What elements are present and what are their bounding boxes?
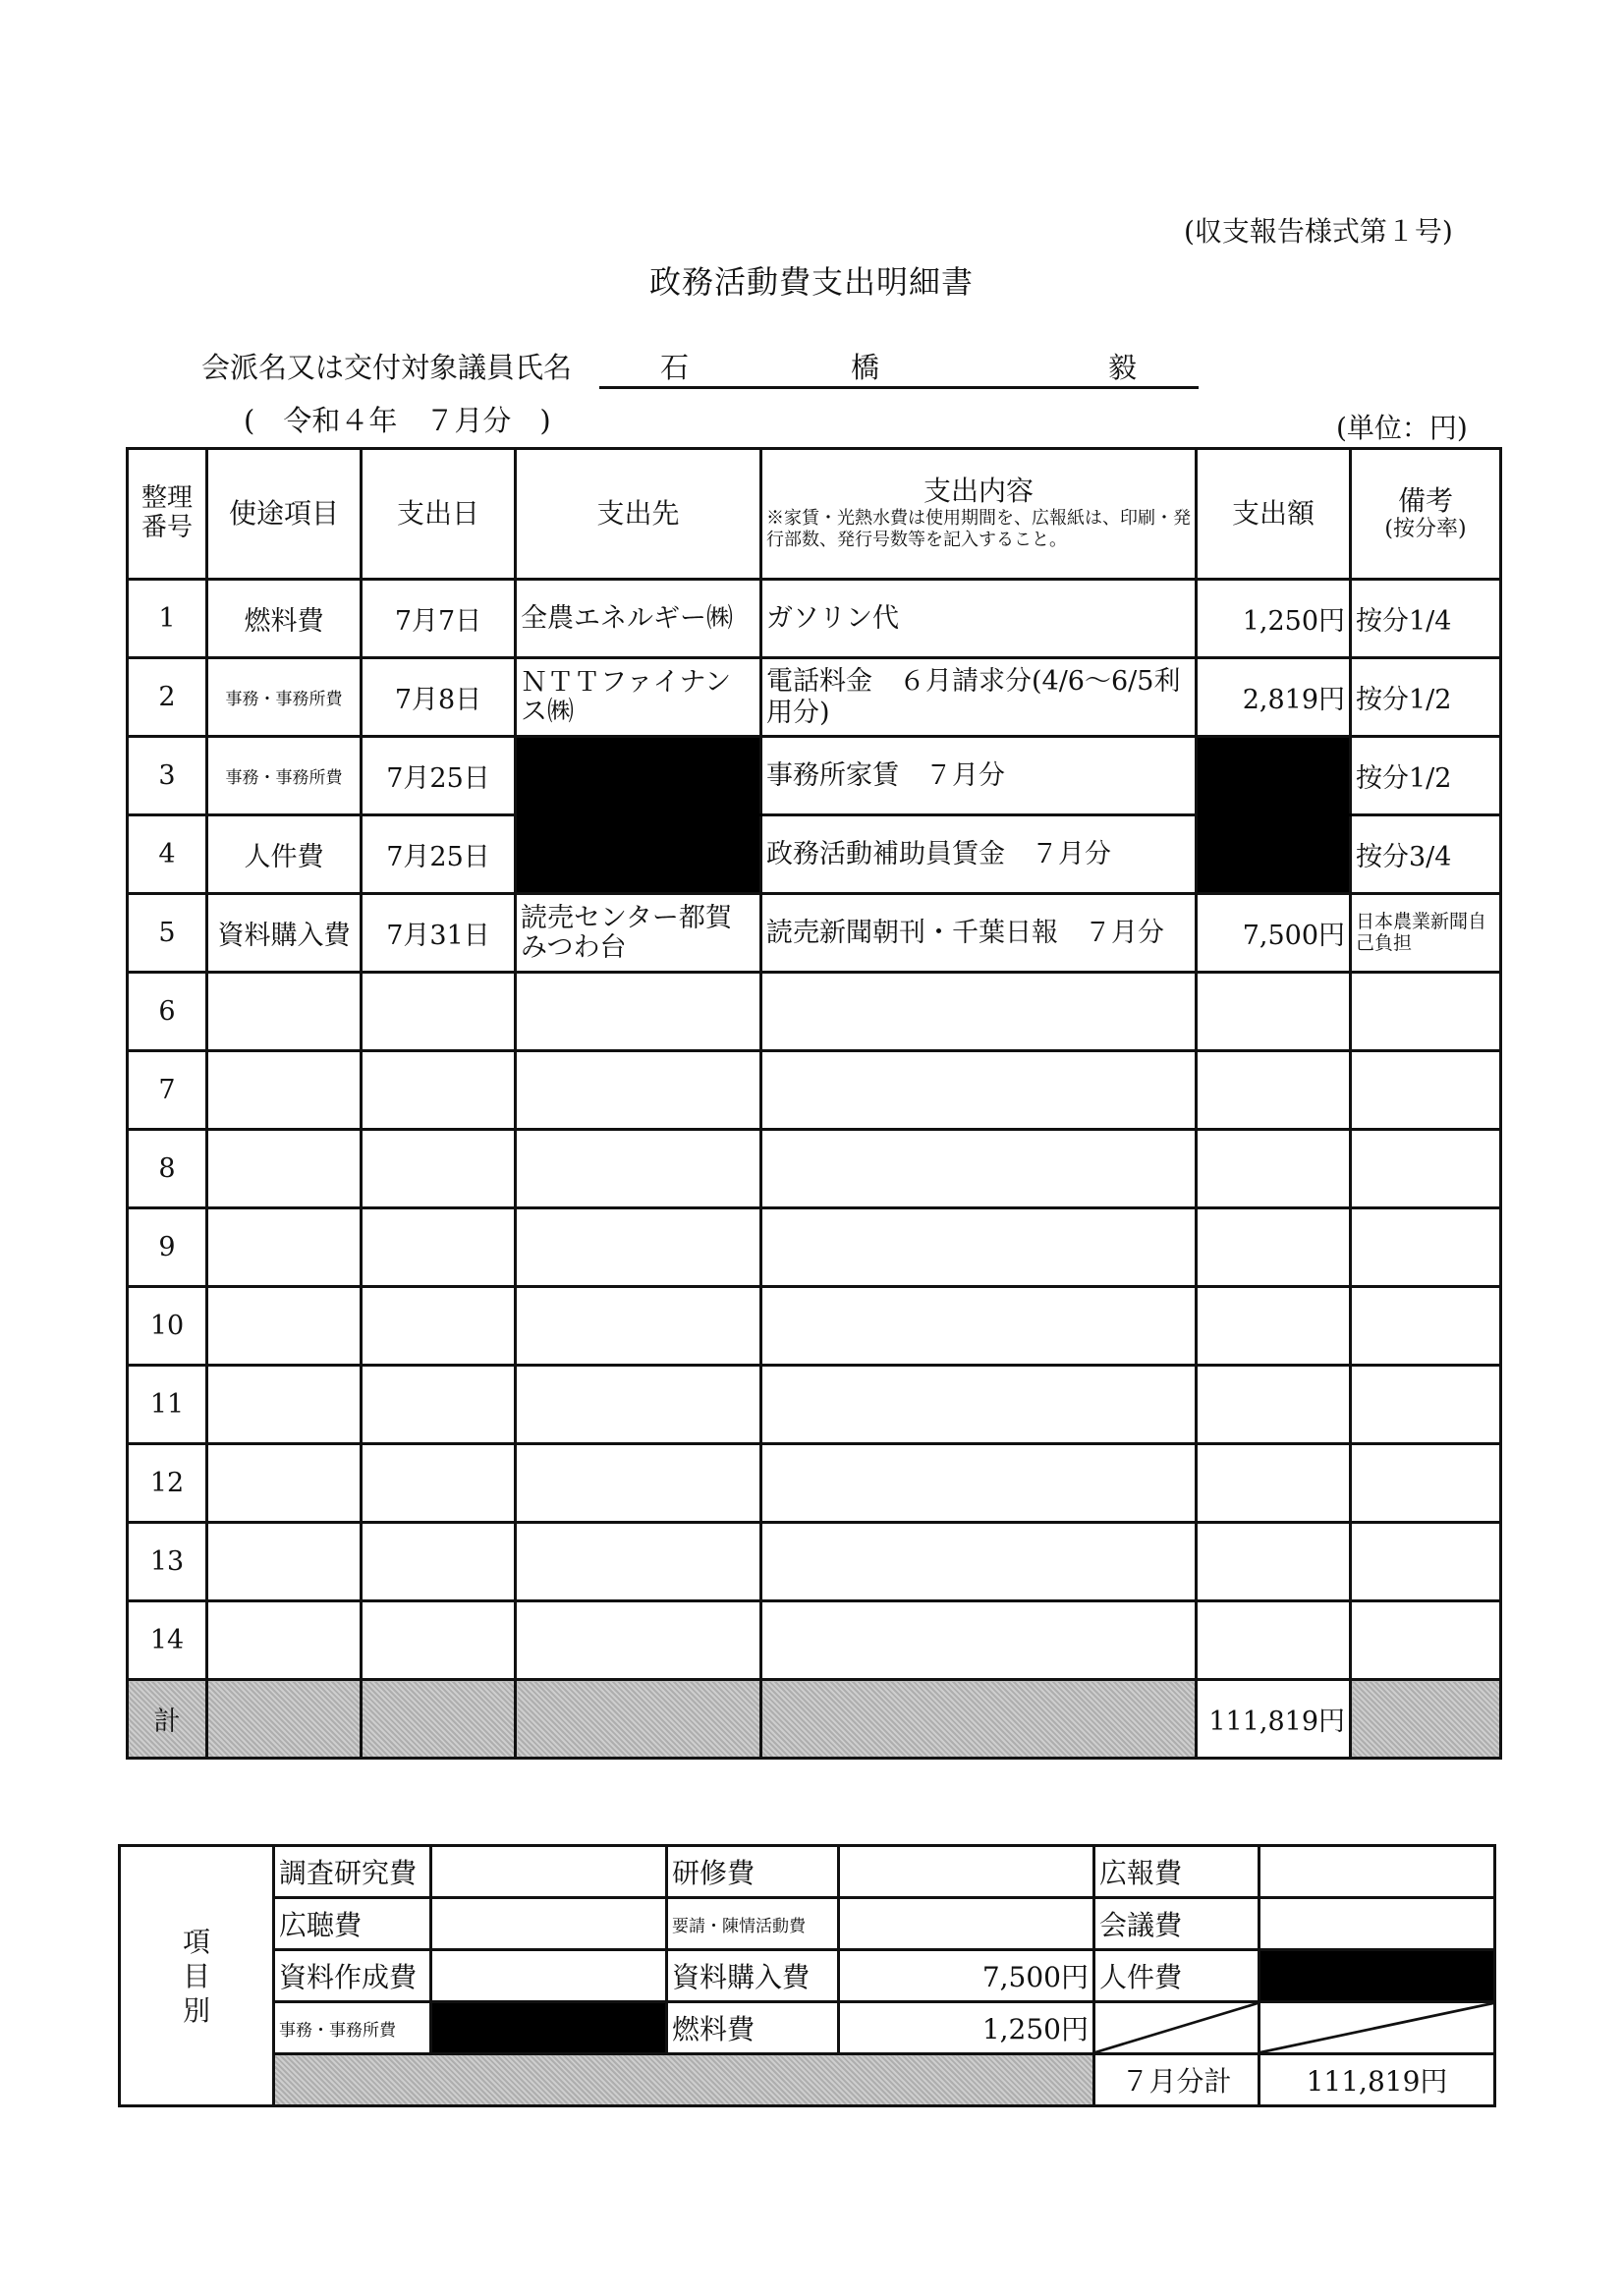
table-row: 6 [128,973,1501,1051]
summary-value [431,1846,667,1898]
row-date: 7月7日 [362,580,516,658]
row-use: 燃料費 [207,580,362,658]
month-total-value: 111,819円 [1259,2054,1495,2106]
row-note: 按分1/4 [1351,580,1501,658]
row-date: 7月25日 [362,737,516,815]
row-date [362,1130,516,1208]
form-number: (収支報告様式第１号) [1184,210,1453,250]
table-row: 7 [128,1051,1501,1130]
row-date: 7月25日 [362,815,516,894]
summary-side-label: 項目別 [120,1846,274,2106]
month-total-label: ７月分計 [1094,2054,1259,2106]
reporting-period: ( 令和４年 ７月分 ) [244,399,551,439]
member-name-part: 石 [660,346,689,386]
header-no: 整理番号 [128,449,207,580]
row-payee [516,1366,761,1444]
row-number: 5 [128,894,207,973]
row-content [761,1444,1197,1523]
row-date [362,1601,516,1680]
summary-value [431,1898,667,1950]
row-date [362,1051,516,1130]
summary-value-redacted [1259,1950,1495,2002]
table-row: 10 [128,1287,1501,1366]
row-payee-redacted [516,737,761,815]
row-payee: 全農エネルギー㈱ [516,580,761,658]
row-number: 12 [128,1444,207,1523]
row-payee [516,1051,761,1130]
summary-value: 7,500円 [839,1950,1094,2002]
summary-value [1259,1898,1495,1950]
row-note [1351,1444,1501,1523]
row-use [207,973,362,1051]
member-name-part: 橋 [851,346,879,386]
row-number: 1 [128,580,207,658]
summary-label: 調査研究費 [274,1846,431,1898]
total-amount: 111,819円 [1197,1680,1351,1759]
row-content: 読売新聞朝刊・千葉日報 ７月分 [761,894,1197,973]
row-note [1351,1523,1501,1601]
shaded-cell [274,2054,1094,2106]
header-content-title: 支出内容 [923,475,1034,507]
header-note-sub: (按分率) [1356,517,1495,541]
shaded-cell [1351,1680,1501,1759]
row-amount [1197,1366,1351,1444]
table-row: 13 [128,1523,1501,1601]
row-date: 7月31日 [362,894,516,973]
row-number: 6 [128,973,207,1051]
table-row: 3事務・事務所費7月25日事務所家賃 ７月分按分1/2 [128,737,1501,815]
header-note-title: 備考 [1398,484,1453,517]
row-amount: 2,819円 [1197,658,1351,737]
row-use [207,1130,362,1208]
shaded-cell [516,1680,761,1759]
summary-label: 資料購入費 [667,1950,839,2002]
row-payee-redacted [516,815,761,894]
row-use [207,1444,362,1523]
header-content-note: ※家賃・光熱水費は使用期間を、広報紙は、印刷・発行部数、発行号数等を記入すること… [766,508,1191,552]
table-row: 8 [128,1130,1501,1208]
row-number: 2 [128,658,207,737]
row-content [761,1601,1197,1680]
row-payee [516,1523,761,1601]
row-number: 3 [128,737,207,815]
row-amount [1197,1601,1351,1680]
row-payee [516,1130,761,1208]
row-content: ガソリン代 [761,580,1197,658]
row-amount [1197,1523,1351,1601]
row-note: 日本農業新聞自己負担 [1351,894,1501,973]
row-number: 8 [128,1130,207,1208]
page-title: 政務活動費支出明細書 [0,257,1623,303]
header-date: 支出日 [362,449,516,580]
row-number: 14 [128,1601,207,1680]
row-number: 11 [128,1366,207,1444]
summary-value [839,1898,1094,1950]
summary-label: 事務・事務所費 [274,2002,431,2054]
row-amount: 7,500円 [1197,894,1351,973]
row-amount [1197,1208,1351,1287]
table-row: 14 [128,1601,1501,1680]
row-use [207,1051,362,1130]
row-note [1351,1601,1501,1680]
row-date [362,1287,516,1366]
row-content: 政務活動補助員賃金 ７月分 [761,815,1197,894]
row-use: 人件費 [207,815,362,894]
row-payee: ＮＴＴファイナンス㈱ [516,658,761,737]
row-content: 事務所家賃 ７月分 [761,737,1197,815]
diagonal-blank-cell [1259,2002,1495,2054]
row-date [362,1366,516,1444]
table-row: 12 [128,1444,1501,1523]
row-note: 按分3/4 [1351,815,1501,894]
member-name-part: 毅 [1108,346,1137,386]
row-content [761,1366,1197,1444]
table-row: 4人件費7月25日政務活動補助員賃金 ７月分按分3/4 [128,815,1501,894]
row-amount [1197,1130,1351,1208]
summary-value [431,1950,667,2002]
name-underline [599,386,1199,389]
member-name-label: 会派名又は交付対象議員氏名 [201,346,572,386]
category-summary-table: 項目別 調査研究費 研修費 広報費 広聴費 要請・陳情活動費 会議費 資料作成費… [118,1844,1496,2107]
summary-value: 1,250円 [839,2002,1094,2054]
summary-value-redacted [431,2002,667,2054]
row-amount [1197,1444,1351,1523]
row-note [1351,1366,1501,1444]
header-note: 備考 (按分率) [1351,449,1501,580]
row-amount [1197,973,1351,1051]
summary-label: 広聴費 [274,1898,431,1950]
header-amount: 支出額 [1197,449,1351,580]
row-number: 9 [128,1208,207,1287]
row-note [1351,1287,1501,1366]
row-amount [1197,1051,1351,1130]
row-number: 10 [128,1287,207,1366]
unit-label: (単位：円) [1336,407,1468,446]
summary-label: 人件費 [1094,1950,1259,2002]
row-note [1351,1051,1501,1130]
row-content [761,1523,1197,1601]
row-note [1351,1130,1501,1208]
summary-label: 要請・陳情活動費 [667,1898,839,1950]
row-content [761,1051,1197,1130]
row-note: 按分1/2 [1351,658,1501,737]
row-content [761,1130,1197,1208]
row-payee [516,973,761,1051]
row-date [362,1208,516,1287]
summary-label: 研修費 [667,1846,839,1898]
row-content [761,1208,1197,1287]
summary-value [839,1846,1094,1898]
row-date [362,973,516,1051]
row-content [761,973,1197,1051]
table-row: 2事務・事務所費7月8日ＮＴＴファイナンス㈱電話料金 ６月請求分(4/6～6/5… [128,658,1501,737]
header-content: 支出内容 ※家賃・光熱水費は使用期間を、広報紙は、印刷・発行部数、発行号数等を記… [761,449,1197,580]
row-date [362,1523,516,1601]
row-payee [516,1287,761,1366]
row-use: 事務・事務所費 [207,737,362,815]
row-use: 資料購入費 [207,894,362,973]
summary-label: 広報費 [1094,1846,1259,1898]
row-date: 7月8日 [362,658,516,737]
summary-label: 燃料費 [667,2002,839,2054]
summary-label: 資料作成費 [274,1950,431,2002]
row-payee [516,1208,761,1287]
summary-label: 会議費 [1094,1898,1259,1950]
header-use: 使途項目 [207,449,362,580]
row-amount [1197,1287,1351,1366]
row-use [207,1287,362,1366]
row-use [207,1601,362,1680]
table-row: 1燃料費7月7日全農エネルギー㈱ガソリン代1,250円按分1/4 [128,580,1501,658]
row-amount: 1,250円 [1197,580,1351,658]
table-header-row: 整理番号 使途項目 支出日 支出先 支出内容 ※家賃・光熱水費は使用期間を、広報… [128,449,1501,580]
row-use: 事務・事務所費 [207,658,362,737]
table-row: 11 [128,1366,1501,1444]
row-note: 按分1/2 [1351,737,1501,815]
row-content [761,1287,1197,1366]
row-note [1351,1208,1501,1287]
row-content: 電話料金 ６月請求分(4/6～6/5利用分) [761,658,1197,737]
row-payee [516,1444,761,1523]
total-label: 計 [128,1680,207,1759]
row-date [362,1444,516,1523]
header-payee: 支出先 [516,449,761,580]
row-use [207,1208,362,1287]
table-row: 9 [128,1208,1501,1287]
total-row: 計 111,819円 [128,1680,1501,1759]
summary-value [1259,1846,1495,1898]
row-amount-redacted [1197,737,1351,815]
row-use [207,1366,362,1444]
shaded-cell [207,1680,362,1759]
shaded-cell [362,1680,516,1759]
row-number: 13 [128,1523,207,1601]
row-number: 4 [128,815,207,894]
row-note [1351,973,1501,1051]
shaded-cell [761,1680,1197,1759]
row-payee [516,1601,761,1680]
row-amount-redacted [1197,815,1351,894]
row-use [207,1523,362,1601]
table-row: 5資料購入費7月31日読売センター都賀みつわ台読売新聞朝刊・千葉日報 ７月分7,… [128,894,1501,973]
diagonal-blank-cell [1094,2002,1259,2054]
row-number: 7 [128,1051,207,1130]
expense-table: 整理番号 使途項目 支出日 支出先 支出内容 ※家賃・光熱水費は使用期間を、広報… [126,447,1502,1760]
row-payee: 読売センター都賀みつわ台 [516,894,761,973]
